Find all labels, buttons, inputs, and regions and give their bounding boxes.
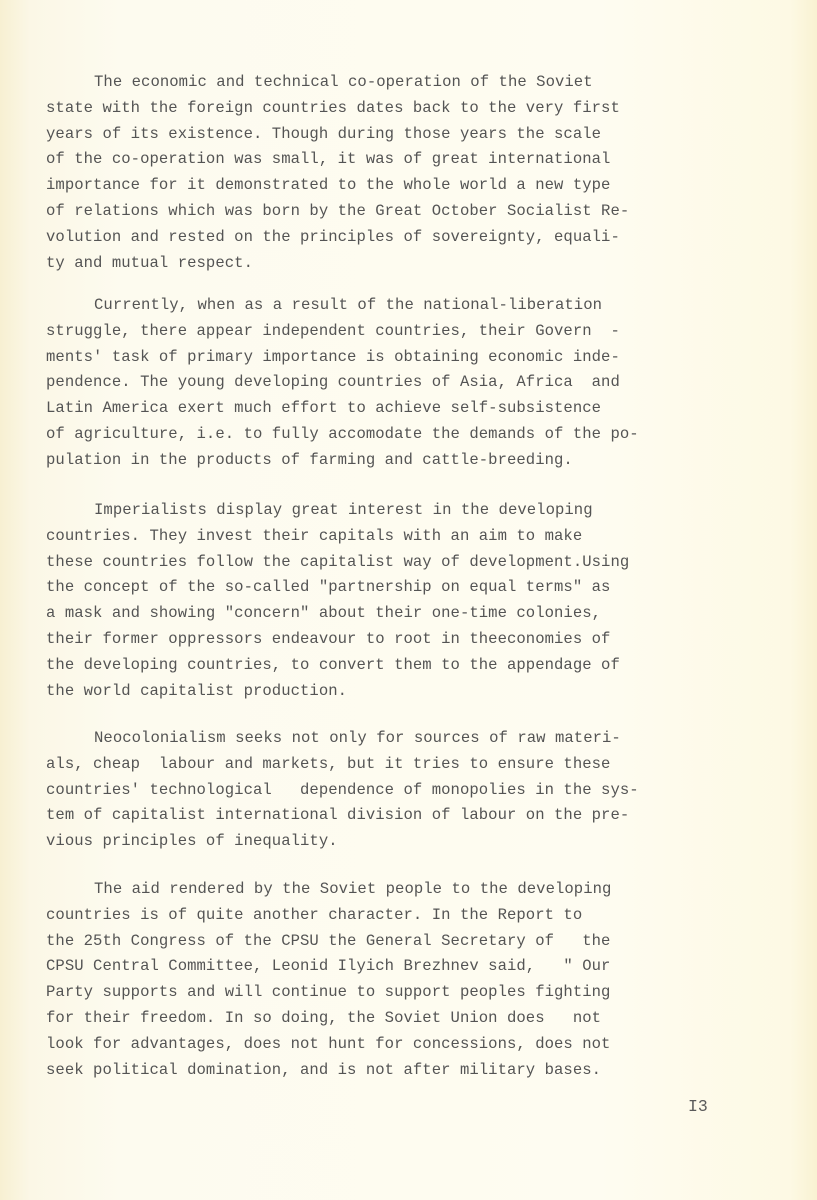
paragraph-imperialists: Imperialists display great interest in t… xyxy=(46,498,746,704)
paragraph-soviet-aid: The aid rendered by the Soviet people to… xyxy=(46,877,746,1083)
text-line: importance for it demonstrated to the wh… xyxy=(46,173,746,199)
paragraph-soviet-cooperation: The economic and technical co-operation … xyxy=(46,70,746,276)
text-line: The economic and technical co-operation … xyxy=(46,70,746,96)
text-line: ments' task of primary importance is obt… xyxy=(46,345,746,371)
page-number: I3 xyxy=(688,1097,708,1116)
text-line: Latin America exert much effort to achie… xyxy=(46,396,746,422)
text-line: tem of capitalist international division… xyxy=(46,803,746,829)
document-page: The economic and technical co-operation … xyxy=(0,0,817,1200)
text-line: struggle, there appear independent count… xyxy=(46,319,746,345)
text-line: for their freedom. In so doing, the Sovi… xyxy=(46,1006,746,1032)
text-line: CPSU Central Committee, Leonid Ilyich Br… xyxy=(46,954,746,980)
text-line: of the co-operation was small, it was of… xyxy=(46,147,746,173)
text-line: of relations which was born by the Great… xyxy=(46,199,746,225)
text-line: volution and rested on the principles of… xyxy=(46,225,746,251)
text-line: Imperialists display great interest in t… xyxy=(46,498,746,524)
text-line: look for advantages, does not hunt for c… xyxy=(46,1032,746,1058)
text-line: countries' technological dependence of m… xyxy=(46,778,746,804)
text-line: Currently, when as a result of the natio… xyxy=(46,293,746,319)
text-line: ty and mutual respect. xyxy=(46,251,746,277)
text-line: pulation in the products of farming and … xyxy=(46,448,746,474)
text-line: the concept of the so-called "partnershi… xyxy=(46,575,746,601)
text-line: seek political domination, and is not af… xyxy=(46,1058,746,1084)
text-line: Party supports and will continue to supp… xyxy=(46,980,746,1006)
text-line: years of its existence. Though during th… xyxy=(46,122,746,148)
text-line: Neocolonialism seeks not only for source… xyxy=(46,726,746,752)
text-line: pendence. The young developing countries… xyxy=(46,370,746,396)
text-line: these countries follow the capitalist wa… xyxy=(46,550,746,576)
text-line: the 25th Congress of the CPSU the Genera… xyxy=(46,929,746,955)
text-line: countries. They invest their capitals wi… xyxy=(46,524,746,550)
text-line: als, cheap labour and markets, but it tr… xyxy=(46,752,746,778)
text-line: a mask and showing "concern" about their… xyxy=(46,601,746,627)
text-line: countries is of quite another character.… xyxy=(46,903,746,929)
text-line: vious principles of inequality. xyxy=(46,829,746,855)
text-line: the developing countries, to convert the… xyxy=(46,653,746,679)
text-line: their former oppressors endeavour to roo… xyxy=(46,627,746,653)
text-line: the world capitalist production. xyxy=(46,679,746,705)
text-line: of agriculture, i.e. to fully accomodate… xyxy=(46,422,746,448)
paragraph-neocolonialism: Neocolonialism seeks not only for source… xyxy=(46,726,746,855)
paragraph-economic-independence: Currently, when as a result of the natio… xyxy=(46,293,746,474)
text-line: state with the foreign countries dates b… xyxy=(46,96,746,122)
text-line: The aid rendered by the Soviet people to… xyxy=(46,877,746,903)
